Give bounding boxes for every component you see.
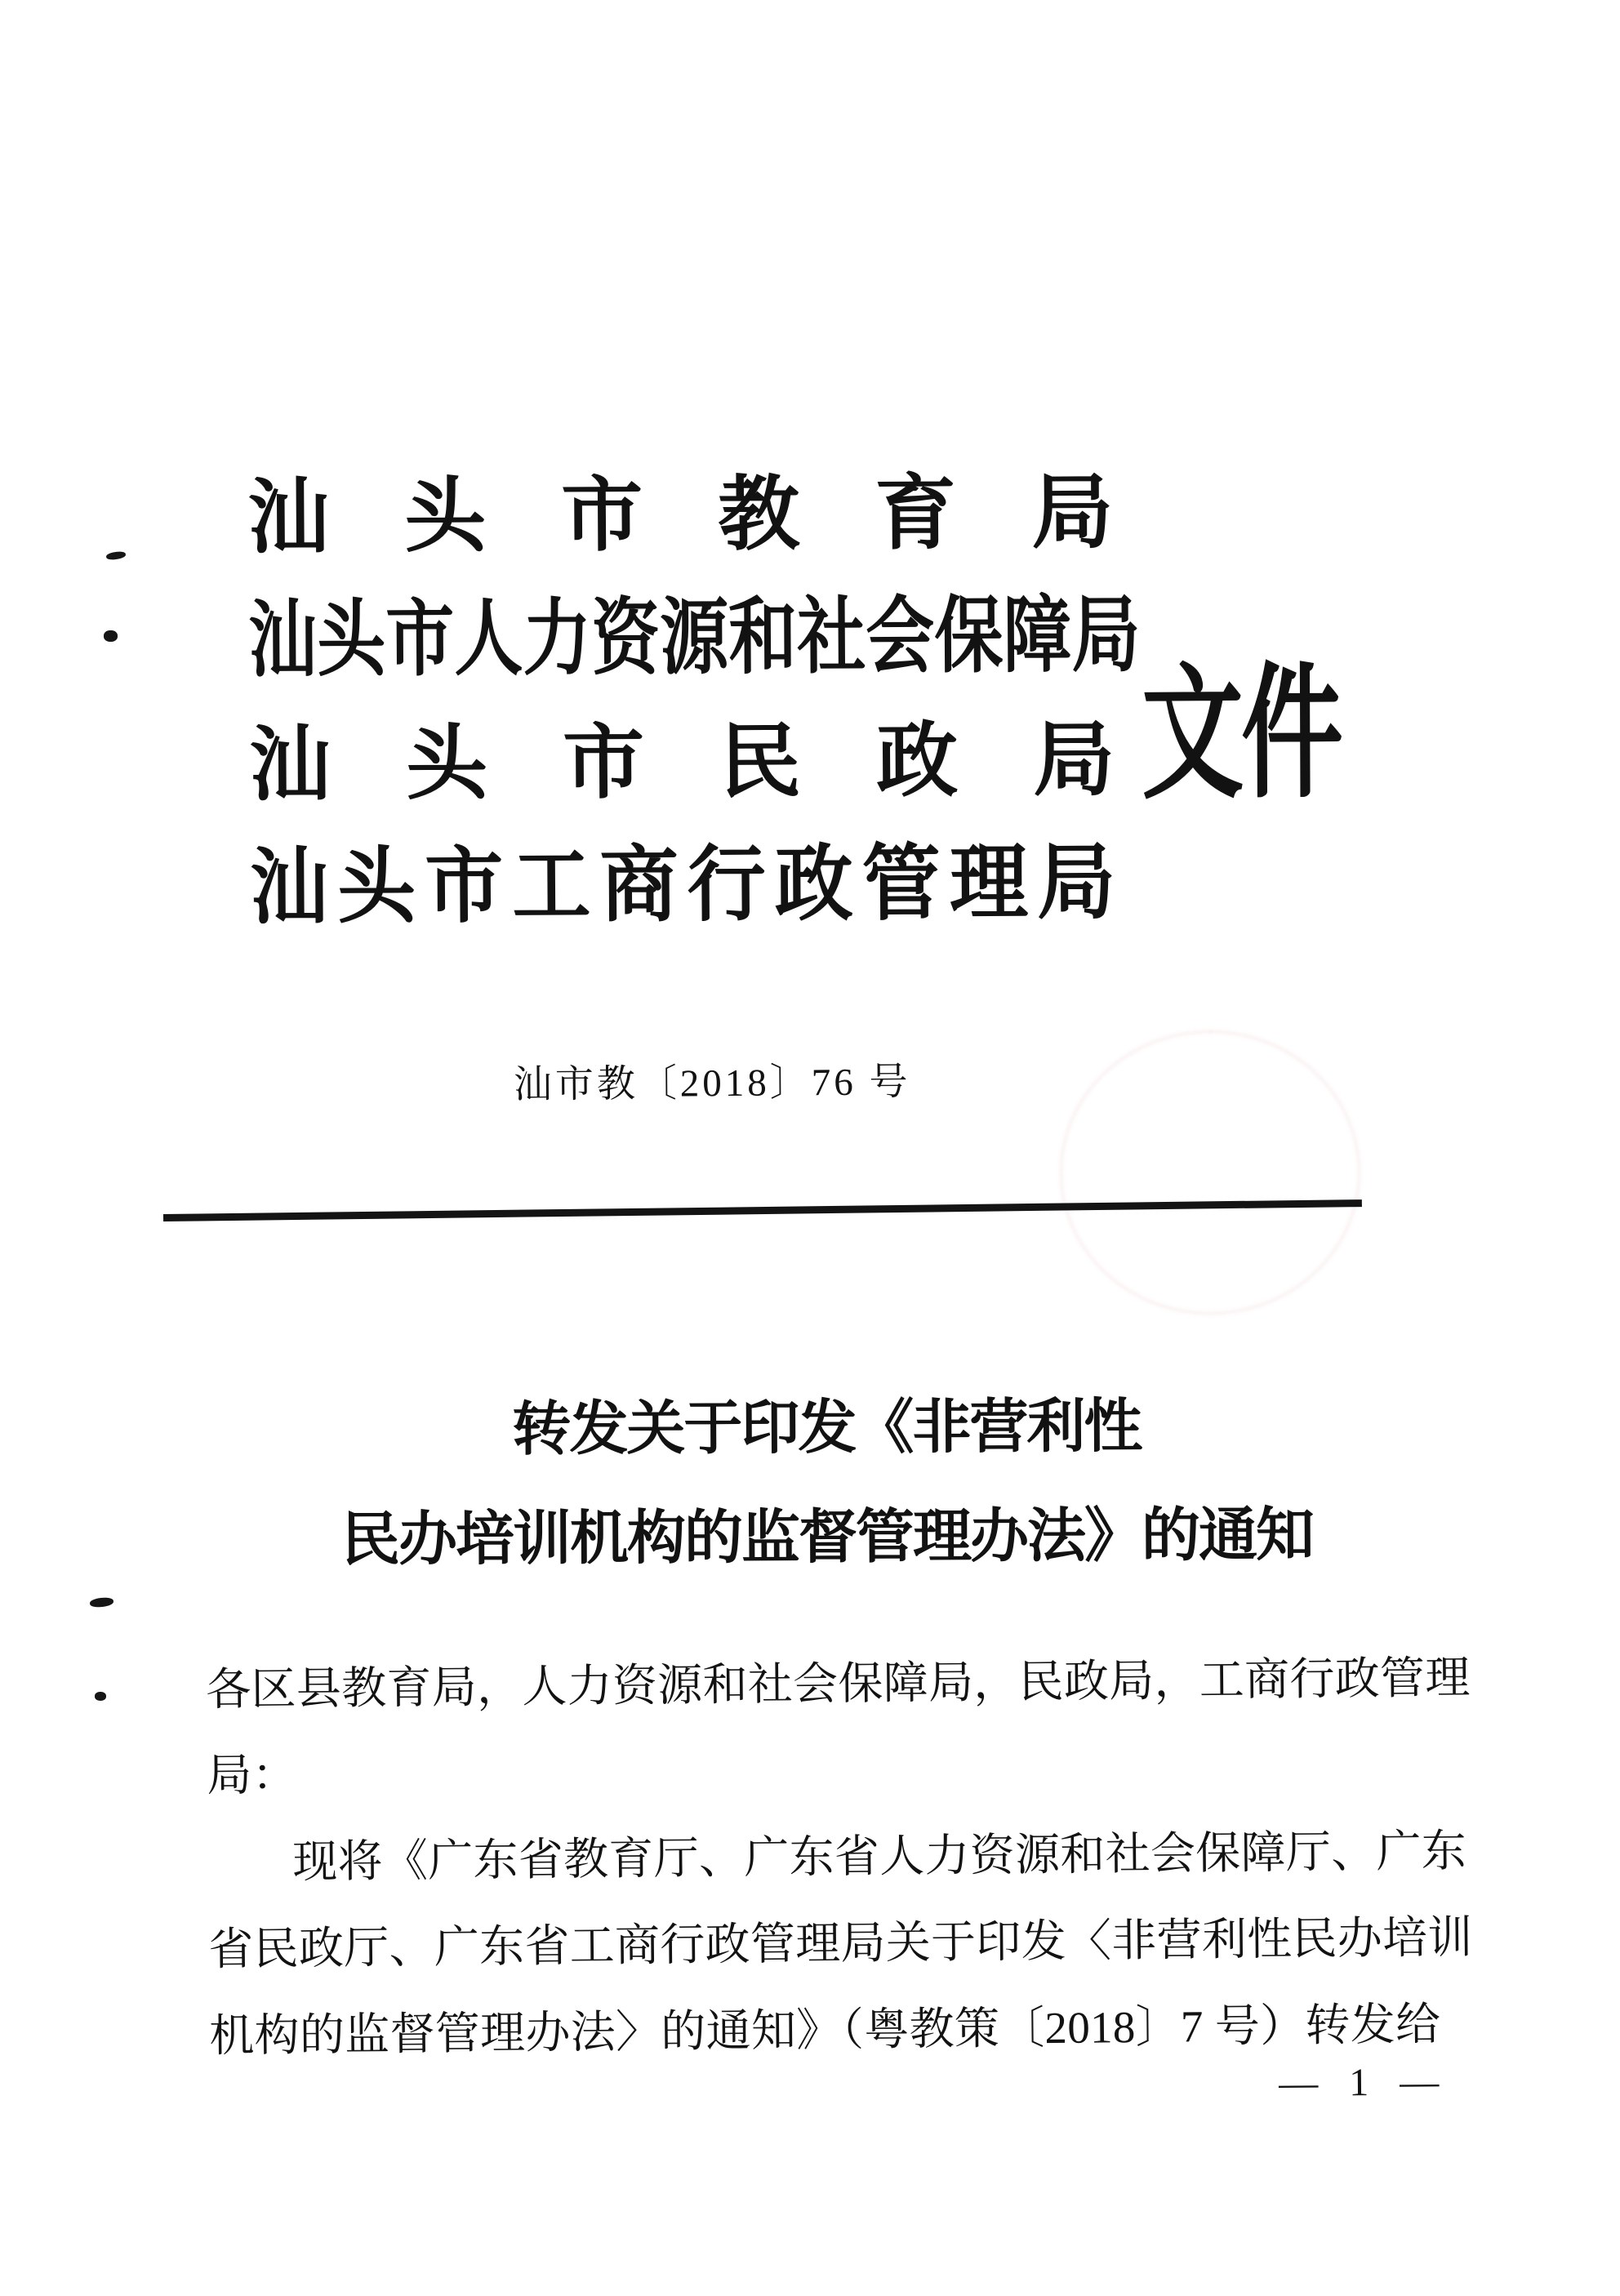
agency-line-industry-commerce-bureau: 汕头市工商行政管理局: [250, 842, 1116, 930]
scanned-document-page: 汕头市教育局 汕头市人力资源和社会保障局 汕头市民政局 汕头市工商行政管理局 文…: [0, 0, 1620, 2296]
paragraph-line-1: 现将《广东省教育厅、广东省人力资源和社会保障厅、广东: [207, 1828, 1466, 1885]
title-line-1: 转发关于印发《非营利性: [16, 1369, 1620, 1487]
page-number: — 1 —: [1279, 2062, 1449, 2103]
document-title: 转发关于印发《非营利性 民办培训机构的监督管理办法》的通知: [16, 1369, 1620, 1596]
scan-speck: [95, 1692, 106, 1701]
doc-type-label: 文件: [1142, 661, 1341, 808]
agency-line-education-bureau: 汕头市教育局: [247, 473, 1114, 559]
letterhead-agency-block: 汕头市教育局 汕头市人力资源和社会保障局 汕头市民政局 汕头市工商行政管理局: [247, 473, 1115, 943]
seal-watermark-circle: [1060, 1030, 1360, 1315]
document-body: 各区县教育局，人力资源和社会保障局，民政局，工商行政管理 局： 现将《广东省教育…: [206, 1656, 1435, 2076]
paragraph-line-3: 机构的监督管理办法〉的通知》（粤教策〔2018〕7 号）转发给: [209, 2002, 1441, 2058]
salutation-line-2: 局：: [207, 1752, 297, 1798]
agency-line-human-resources-bureau: 汕头市人力资源和社会保障局: [248, 595, 1115, 684]
paragraph-line-2: 省民政厅、广东省工商行政管理局关于印发〈非营利性民办培训: [208, 1915, 1473, 1972]
scan-speck: [104, 630, 118, 642]
salutation-line-1: 各区县教育局，人力资源和社会保障局，民政局，工商行政管理: [206, 1655, 1471, 1712]
scan-speck: [105, 550, 126, 560]
title-line-2: 民办培训机构的监督管理办法》的通知: [17, 1479, 1620, 1596]
scan-speck: [90, 1597, 114, 1609]
agency-line-civil-affairs-bureau: 汕头市民政局: [249, 720, 1115, 807]
